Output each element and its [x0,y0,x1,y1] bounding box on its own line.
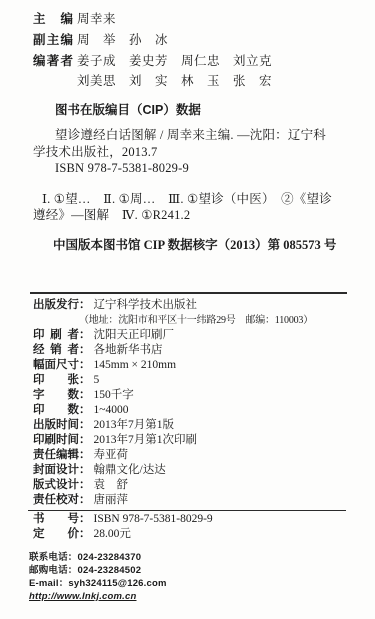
colon: ： [79,528,91,540]
email-address: E-mail：syh324115@126.com [29,577,347,590]
colon: ： [79,513,91,525]
contact-phone: 联系电话：024-23284370 [29,551,347,564]
pub-label: 印刷者 [33,328,79,343]
pub-value: 辽宁科学技术出版社 [94,299,198,311]
colon: ： [79,374,91,386]
pub-label: 版式设计 [33,478,79,493]
pub-row-wordcount: 字数：150千字 [33,388,347,403]
cip-classification: Ⅰ. ①望… Ⅱ. ①周… Ⅲ. ①望诊（中医） ②《望诊 遵经》—图解 Ⅳ. … [33,191,347,224]
contributors-row: 编著者 姜子成 姜史芳 周仁忠 刘立克 刘美思 刘 实 林 玉 张 宏 [33,51,347,91]
pub-value: 2013年7月第1版 [94,419,175,431]
cip-class-line2: 遵经》—图解 Ⅳ. ①R241.2 [33,207,347,224]
mail-order-phone: 邮购电话：024-23284502 [29,564,347,577]
cip-body: 望诊遵经白话图解 / 周幸来主编. —沈阳：辽宁科 学技术出版社，2013.7 … [33,127,347,177]
pub-value: 各地新华书店 [94,344,163,356]
colon: ： [79,344,91,356]
contributors-label: 编著者 [33,51,73,91]
pub-row-printrun: 印数：1~4000 [33,403,347,418]
cip-class-line1: Ⅰ. ①望… Ⅱ. ①周… Ⅲ. ①望诊（中医） ②《望诊 [42,191,347,208]
divider-bottom [28,510,346,512]
pub-label: 责任编辑 [33,448,79,463]
colon: ： [79,299,91,311]
pub-value: 翰鼎文化/达达 [94,464,166,476]
pub-value: 唐丽萍 [94,494,129,506]
contributors-names-line1: 姜子成 姜史芳 周仁忠 刘立克 [77,51,272,72]
deputy-editor-names: 周 举 孙 冰 [77,30,168,51]
colon: ： [79,434,91,446]
pub-label: 印张 [33,373,79,388]
colon: ： [79,419,91,431]
pub-label: 印数 [33,403,79,418]
pub-row-pubdate: 出版时间：2013年7月第1版 [33,418,347,433]
editors-block: 主编 周幸来 副主编 周 举 孙 冰 编著者 姜子成 姜史芳 周仁忠 刘立克 刘… [33,9,347,91]
chief-editor-row: 主编 周幸来 [33,9,347,30]
pub-label: 字数 [33,388,79,403]
pub-label: 封面设计 [33,463,79,478]
pub-label: 经销者 [33,343,79,358]
pub-label: 出版时间 [33,418,79,433]
pub-label: 印刷时间 [33,433,79,448]
pub-label: 出版发行 [33,298,79,313]
pub-row-layoutdesign: 版式设计：袁 舒 [33,478,347,493]
publisher-url: http://www.lnkj.com.cn [29,590,347,603]
publication-details: 出版发行：辽宁科学技术出版社 （地址：沈阳市和平区十一纬路29号 邮编：1100… [33,298,347,543]
colon: ： [79,479,91,491]
deputy-editor-row: 副主编 周 举 孙 冰 [33,30,347,51]
contact-block: 联系电话：024-23284370 邮购电话：024-23284502 E-ma… [29,551,347,603]
pub-row-editor: 责任编辑：寿亚荷 [33,448,347,463]
colon: ： [79,329,91,341]
pub-row-proofreader: 责任校对：唐丽萍 [33,493,347,508]
pub-value: 沈阳天正印刷厂 [94,329,175,341]
pub-row-distributor: 经销者：各地新华书店 [33,343,347,358]
chief-editor-label: 主编 [33,9,73,30]
pub-label: 书号 [33,512,79,527]
cip-title-line: 望诊遵经白话图解 / 周幸来主编. —沈阳：辽宁科 [55,127,347,144]
pub-value: 5 [94,374,100,386]
pub-label: 定价 [33,527,79,542]
colon: ： [79,464,91,476]
pub-value: ISBN 978-7-5381-8029-9 [94,513,213,525]
pub-row-publisher: 出版发行：辽宁科学技术出版社 [33,298,347,313]
contributors-names-line2: 刘美思 刘 实 林 玉 张 宏 [77,72,272,91]
deputy-editor-label: 副主编 [33,30,73,51]
pub-label: 幅面尺寸 [33,358,79,373]
pub-row-sheets: 印张：5 [33,373,347,388]
pub-row-printer: 印刷者：沈阳天正印刷厂 [33,328,347,343]
chief-editor-names: 周幸来 [77,9,116,30]
pub-value: 145mm × 210mm [94,359,177,371]
pub-value: 28.00元 [94,528,131,540]
pub-row-price: 定价：28.00元 [33,527,347,542]
pub-row-isbn: 书号：ISBN 978-7-5381-8029-9 [33,512,347,527]
colon: ： [79,494,91,506]
pub-value: 袁 舒 [94,479,129,491]
cip-publisher-line: 学技术出版社，2013.7 [33,144,347,161]
cip-heading: 图书在版编目（CIP）数据 [55,103,347,118]
pub-row-coverdesign: 封面设计：翰鼎文化/达达 [33,463,347,478]
colon: ： [79,359,91,371]
copyright-page: 主编 周幸来 副主编 周 举 孙 冰 编著者 姜子成 姜史芳 周仁忠 刘立克 刘… [0,0,375,619]
publisher-address: （地址：沈阳市和平区十一纬路29号 邮编：110003） [79,313,347,328]
colon: ： [79,404,91,416]
cip-isbn-line: ISBN 978-7-5381-8029-9 [55,160,347,177]
pub-value: 寿亚荷 [94,449,129,461]
colon: ： [79,389,91,401]
pub-value: 1~4000 [94,404,129,416]
cip-record-number: 中国版本图书馆 CIP 数据核字（2013）第 085573 号 [53,238,347,253]
contributors-names: 姜子成 姜史芳 周仁忠 刘立克 刘美思 刘 实 林 玉 张 宏 [77,51,272,91]
pub-row-format: 幅面尺寸：145mm × 210mm [33,358,347,373]
colon: ： [79,449,91,461]
pub-row-printdate: 印刷时间：2013年7月第1次印刷 [33,433,347,448]
pub-value: 150千字 [94,389,134,401]
pub-value: 2013年7月第1次印刷 [94,434,198,446]
divider-top [30,292,347,294]
pub-label: 责任校对 [33,493,79,508]
